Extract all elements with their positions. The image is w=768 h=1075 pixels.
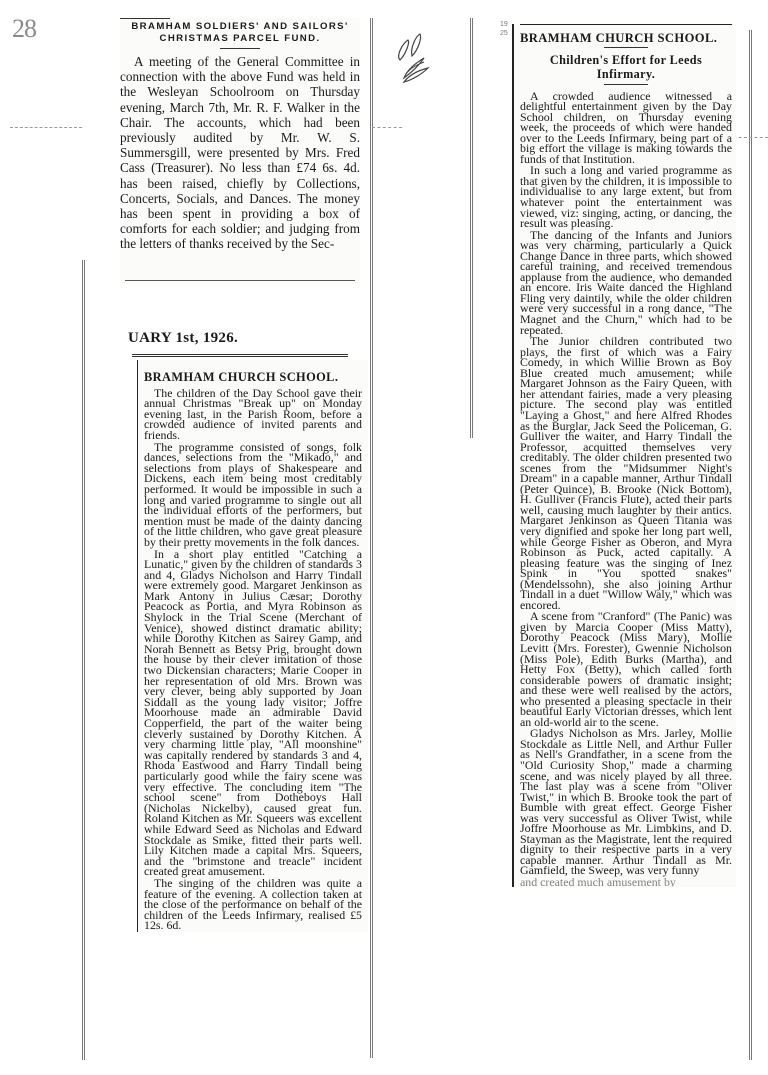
date-rule <box>132 354 348 357</box>
paragraph: A crowded audience witnessed a delightfu… <box>520 91 732 165</box>
column-frame-center-left <box>370 18 373 1058</box>
clipping-infirmary-effort: BRAMHAM CHURCH SCHOOL. Children's Effort… <box>512 24 736 887</box>
subheadline-divider <box>604 84 648 85</box>
dashed-divider-left <box>10 127 82 128</box>
headline-line-1: BRAMHAM SOLDIERS' AND SAILORS' <box>120 21 360 33</box>
bottom-rule <box>125 280 355 281</box>
date-banner: UARY 1st, 1926. <box>128 330 238 347</box>
paragraph: In a short play entitled "Catching a Lun… <box>144 549 362 877</box>
headline-line-2: CHRISTMAS PARCEL FUND. <box>120 33 360 45</box>
clipping-christmas-break-up: BRAMHAM CHURCH SCHOOL. The children of t… <box>137 360 368 932</box>
column-frame-center-right <box>470 18 473 438</box>
paragraph: The dancing of the Infants and Juniors w… <box>520 230 732 335</box>
paragraph: The children of the Day School gave thei… <box>144 388 362 441</box>
headline-divider <box>220 48 260 49</box>
subheadline: Children's Effort for Leeds Infirmary. <box>520 53 732 81</box>
clipping-parcel-fund: BRAMHAM SOLDIERS' AND SAILORS' CHRISTMAS… <box>120 18 360 281</box>
headline: BRAMHAM CHURCH SCHOOL. <box>520 33 732 44</box>
top-rule <box>520 24 732 25</box>
paragraph: A scene from "Cranford" (The Panic) was … <box>520 611 732 727</box>
article-body: A meeting of the General Committee in co… <box>120 54 360 252</box>
headline: BRAMHAM CHURCH SCHOOL. <box>144 372 362 383</box>
top-rule <box>120 18 170 19</box>
paragraph: Gladys Nicholson as Mrs. Jarley, Mollie … <box>520 728 732 876</box>
margin-marks: 1925 <box>500 20 508 38</box>
paragraph: In such a long and varied programme as t… <box>520 165 732 228</box>
paragraph: The Junior children contributed two play… <box>520 336 732 610</box>
cut-off-line: and created much amusement by <box>520 877 732 887</box>
headline-divider <box>604 47 648 48</box>
dashed-divider-center <box>372 127 402 128</box>
page-number: 28 <box>12 14 36 44</box>
handwritten-initials-icon <box>390 28 440 86</box>
column-frame-left <box>82 260 85 1060</box>
paragraph: The singing of the children was quite a … <box>144 878 362 931</box>
column-frame-right <box>749 30 752 1060</box>
paragraph: The programme consisted of songs, folk d… <box>144 442 362 548</box>
